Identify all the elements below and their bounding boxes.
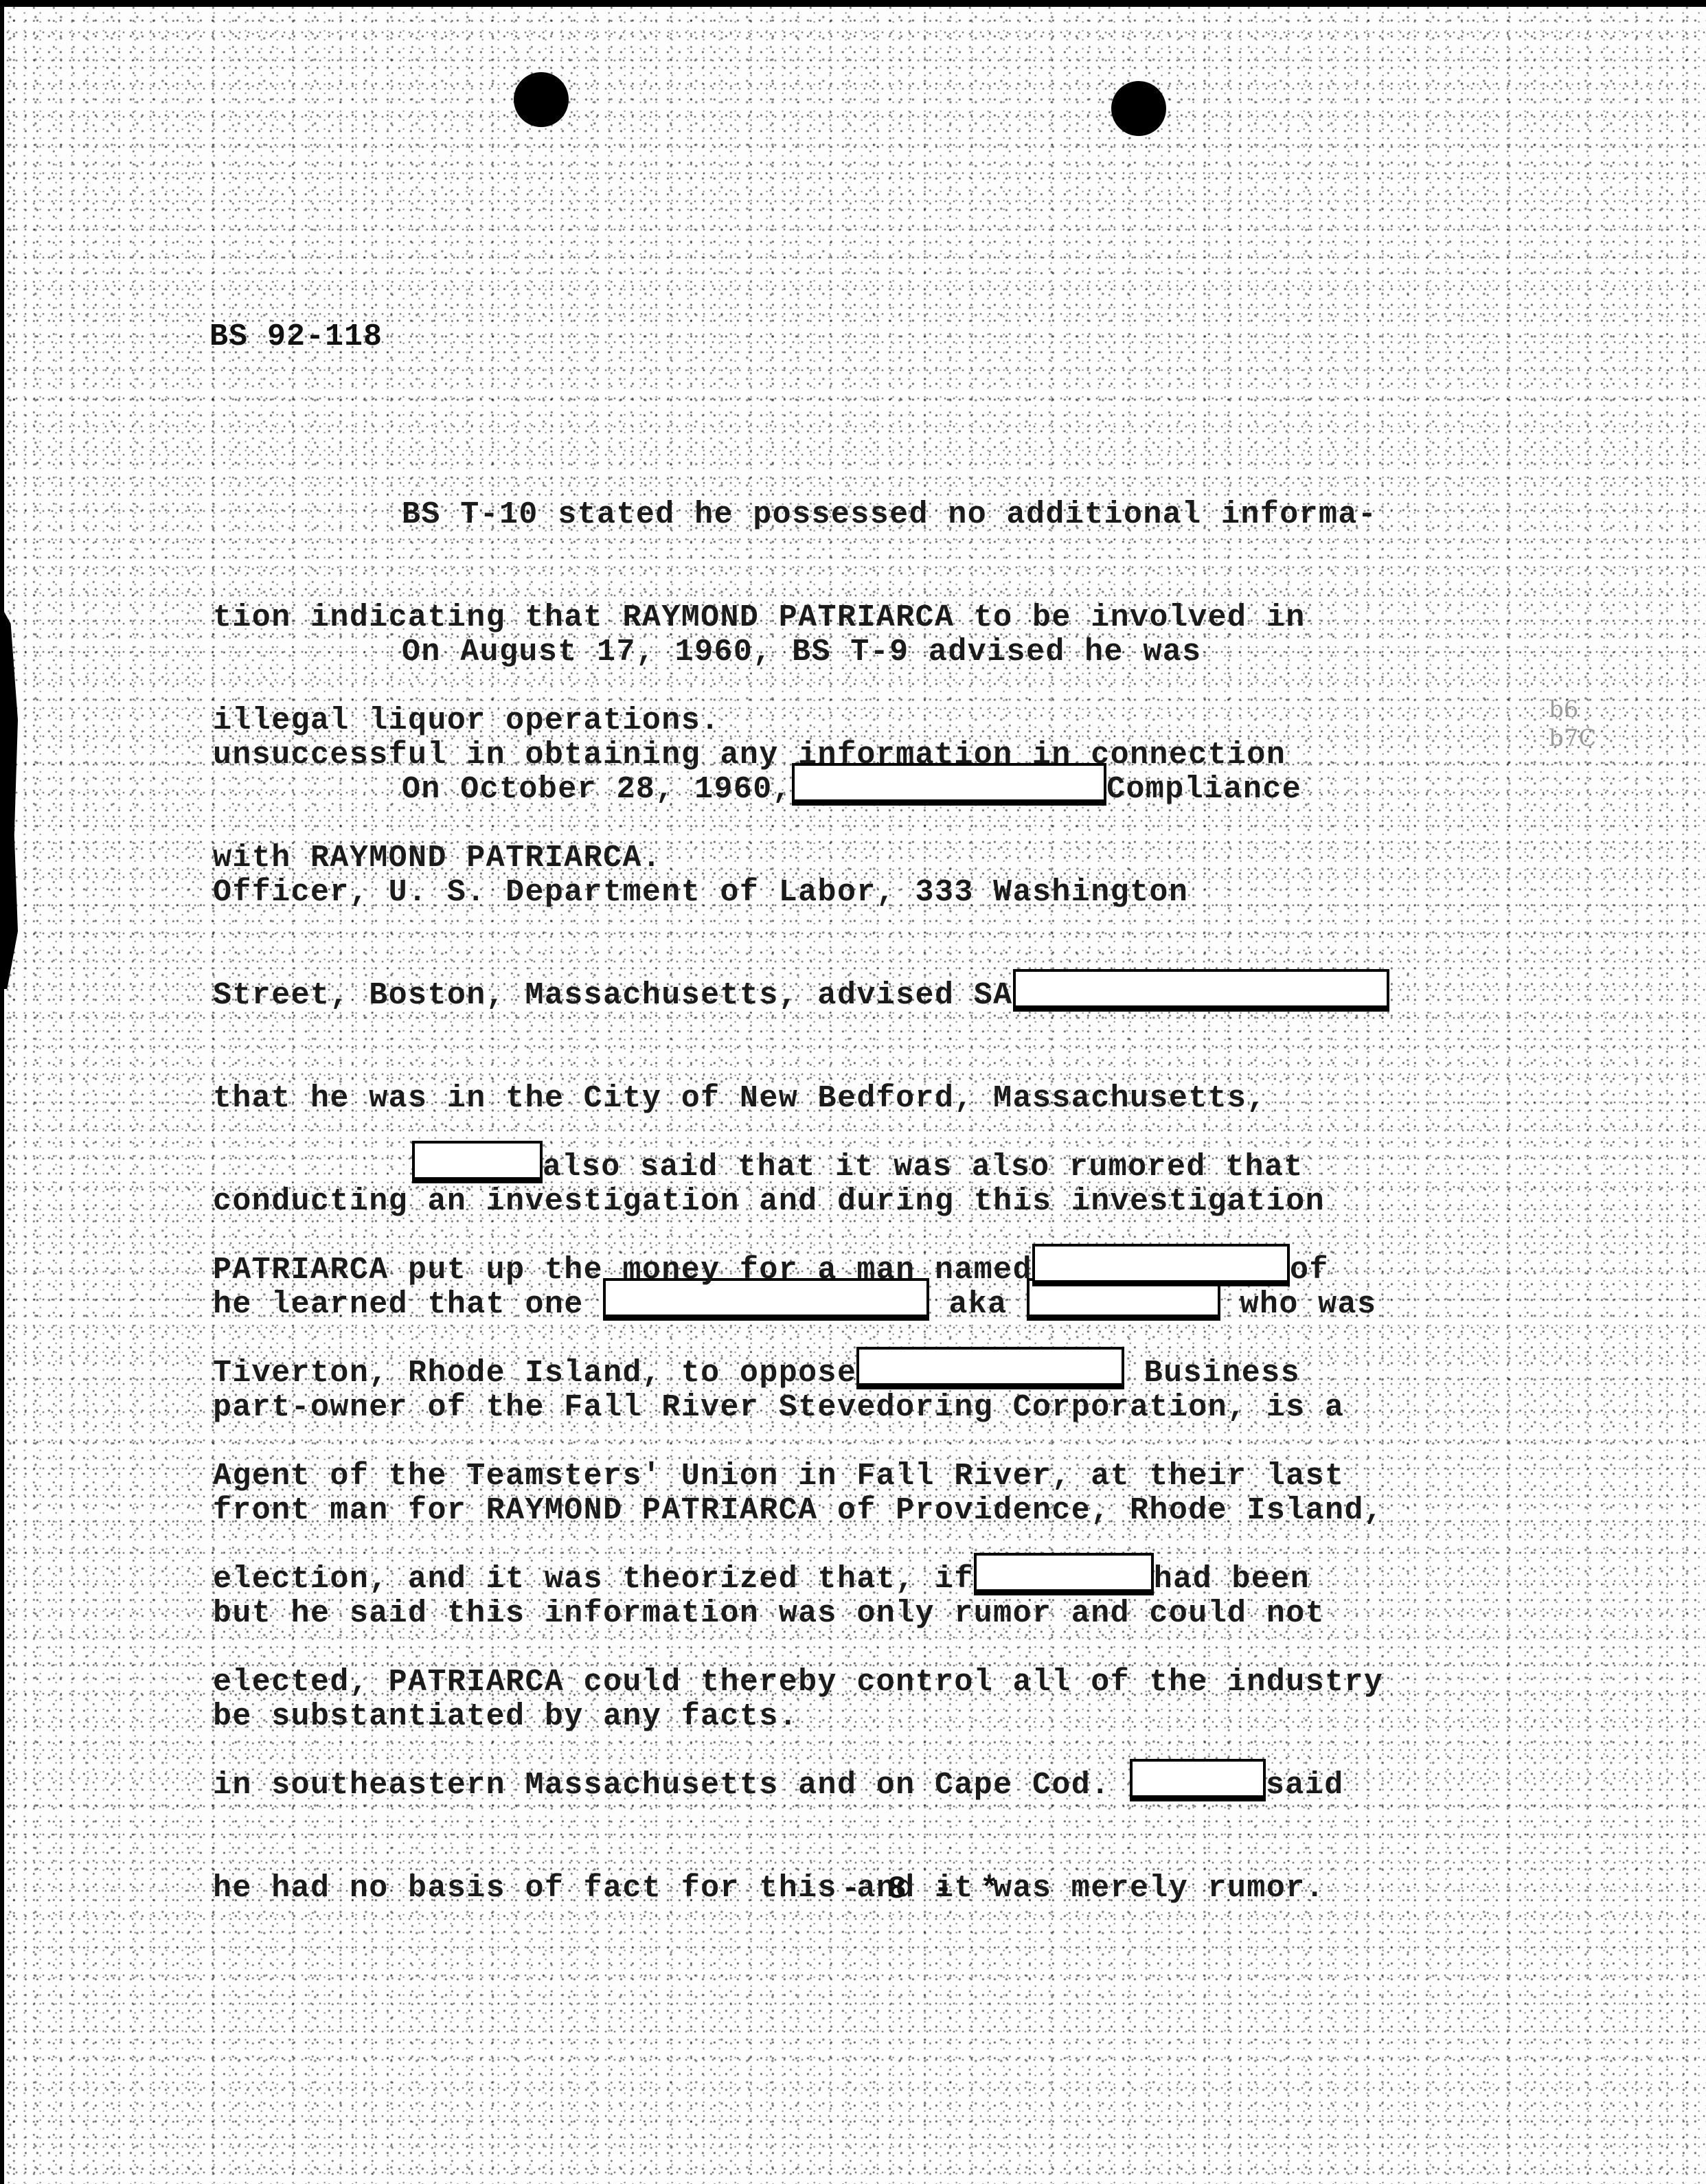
text-segment: election, and it was theorized that, if (213, 1562, 974, 1597)
punch-hole-right (1111, 81, 1166, 136)
text-segment: PATRIARCA put up the money for a man nam… (213, 1253, 1032, 1288)
text-line: Agent of the Teamsters' Union in Fall Ri… (213, 1459, 1518, 1494)
page-number: - 8 - * (841, 1872, 1003, 1907)
text-line: Officer, U. S. Department of Labor, 333 … (213, 876, 1518, 910)
redaction-box (1013, 969, 1389, 1012)
redaction-box (1130, 1759, 1266, 1801)
scan-edge-top (0, 0, 1706, 7)
text-segment: in southeastern Massachusetts and on Cap… (213, 1768, 1111, 1803)
redaction-box (412, 1141, 543, 1183)
exemption-code: b6 (1549, 695, 1596, 724)
text-segment: had been (1154, 1562, 1310, 1597)
scanned-page: BS 92-118 BS T-10 stated he possessed no… (0, 0, 1706, 2184)
redaction-box (856, 1347, 1124, 1389)
page-number-text: - 8 - (841, 1872, 957, 1907)
text-line: On August 17, 1960, BS T-9 advised he wa… (402, 635, 1202, 670)
exemption-note: b6 b7C (1549, 695, 1596, 753)
text-line: elected, PATRIARCA could thereby control… (213, 1665, 1518, 1700)
text-segment: Business (1144, 1356, 1300, 1391)
text-segment: also said that it was also rumored that (543, 1150, 1304, 1185)
text-segment: of (1290, 1253, 1329, 1288)
exemption-code: b7C (1549, 724, 1596, 753)
text-segment: said (1266, 1768, 1344, 1803)
text-segment: Compliance (1106, 772, 1301, 807)
text-segment: On October 28, 1960, (402, 772, 792, 807)
redaction-box (974, 1553, 1154, 1595)
text-line: BS T-10 stated he possessed no additiona… (402, 497, 1377, 532)
asterisk-mark: * (980, 1872, 1003, 1907)
punch-hole-left (514, 72, 569, 127)
text-segment: Street, Boston, Massachusetts, advised S… (213, 978, 1013, 1013)
file-number: BS 92-118 (209, 319, 383, 354)
redaction-box (1032, 1244, 1290, 1286)
paragraph-4: also said that it was also rumored that … (213, 1082, 1518, 1975)
redaction-box (792, 763, 1106, 806)
text-segment: Tiverton, Rhode Island, to oppose (213, 1356, 856, 1391)
scan-edge-tear (0, 604, 18, 989)
scan-edge-left (0, 0, 4, 2184)
